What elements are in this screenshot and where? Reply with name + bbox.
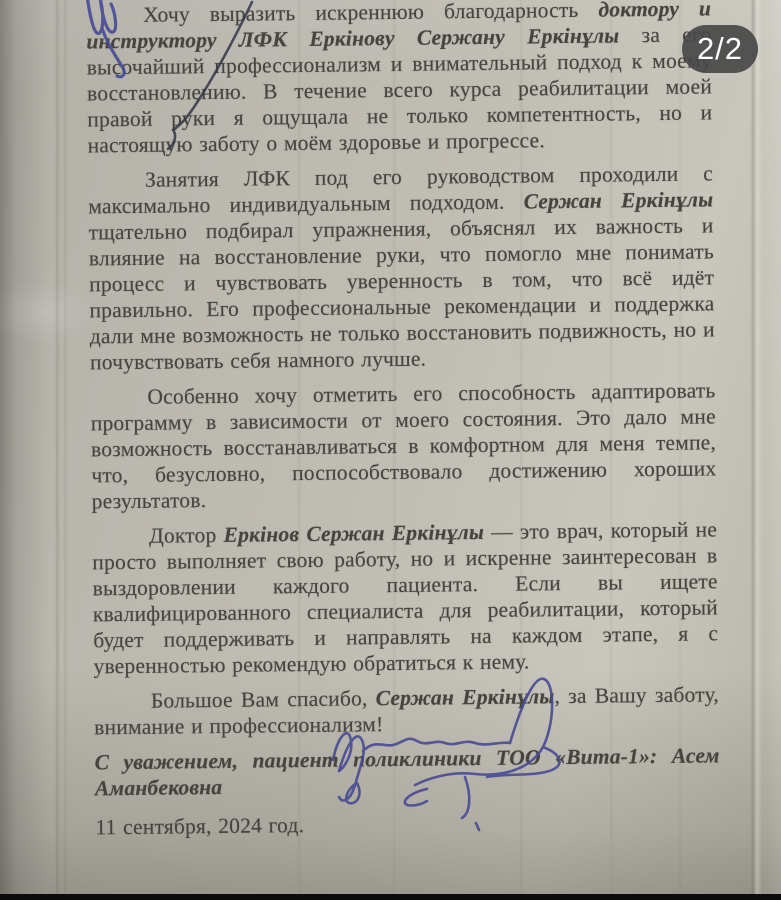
text-run: Особенно хочу отметить его способность а…: [91, 378, 717, 513]
letter-body: Хочу выразить искреннюю благодарность до…: [86, 0, 719, 740]
letter-paragraph: Занятия ЛФК под его руководством проходи…: [88, 160, 715, 375]
letter-paragraph: Хочу выразить искреннюю благодарность до…: [86, 0, 713, 158]
document-photo[interactable]: Хочу выразить искреннюю благодарность до…: [0, 0, 781, 900]
bottom-letterbox: [0, 894, 781, 900]
text-run: Хочу выразить искреннюю благодарность: [143, 0, 599, 27]
letter-paragraph: Большое Вам спасибо, Сержан Еркінұлы, за…: [94, 681, 720, 740]
letter-paragraph: Доктор Еркінов Сержан Еркінұлы — это вра…: [92, 516, 719, 679]
emphasized-name: Сержан Еркінұлы: [524, 187, 714, 213]
text-run: Большое Вам спасибо,: [151, 686, 376, 713]
letter-paragraph: Особенно хочу отметить его способность а…: [90, 377, 716, 514]
date-line: 11 сентября, 2024 год.: [95, 807, 720, 840]
emphasized-name: Сержан Еркінұлы: [376, 684, 555, 710]
text-run: Доктор: [149, 523, 224, 548]
page-counter-badge: 2/2: [682, 25, 758, 73]
signoff-block: С уважением, пациент поликлиники ТОО «Ви…: [94, 742, 720, 801]
letter-text: Хочу выразить искреннюю благодарность до…: [86, 0, 720, 840]
emphasized-name: Еркінов Сержан Еркінұлы: [223, 520, 484, 547]
text-run: тщательно подбирал упражнения, объяснял …: [88, 213, 714, 374]
